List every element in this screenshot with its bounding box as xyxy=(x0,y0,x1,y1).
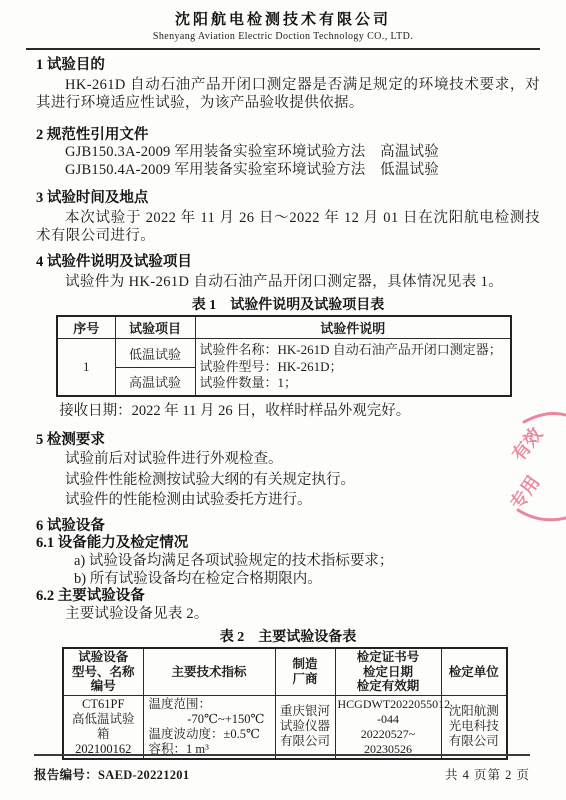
table-1-seq-cell: 1 xyxy=(57,339,115,397)
capability-item: a) 试验设备均满足各项试验规定的技术指标要求； xyxy=(36,552,540,570)
company-name-en: Shenyang Aviation Electric Doction Techn… xyxy=(0,31,566,42)
table-2-col-header: 检定证书号 检定日期 检定有效期 xyxy=(335,648,441,695)
manufacturer-cell: 重庆银河 试验仪器 有限公司 xyxy=(275,695,335,759)
requirement-line: 试验前后对试验件进行外观检查。 xyxy=(36,449,540,470)
requirement-line: 试验件性能检测按试验大纲的有关规定执行。 xyxy=(36,470,540,491)
section-4-heading: 4 试验件说明及试验项目 xyxy=(36,253,540,271)
report-body: 1 试验目的 HK-261D 自动石油产品开闭口测定器是否满足规定的环境技术要求… xyxy=(0,50,566,760)
table-1-col-header: 试验项目 xyxy=(115,316,195,339)
table-2: 试验设备 型号、名称 编号 主要技术指标 制造 厂商 检定证书号 检定日期 xyxy=(62,647,508,760)
table-1-caption: 表 1 试验件说明及试验项目表 xyxy=(36,294,540,314)
section-1-paragraph: HK-261D 自动石油产品开闭口测定器是否满足规定的环境技术要求，对其进行环境… xyxy=(36,76,540,112)
report-header: 沈阳航电检测技术有限公司 Shenyang Aviation Electric … xyxy=(0,0,566,50)
section-6-1-heading: 6.1 设备能力及检定情况 xyxy=(36,535,540,553)
table-1: 序号 试验项目 试验件说明 1 低温试验 试验件名称：HK-261D 自动石油产… xyxy=(56,315,512,397)
report-footer: 报告编号：SAED-20221201 共 4 页第 2 页 xyxy=(0,754,566,783)
table-1-col-header: 序号 xyxy=(57,316,115,339)
desc-line: 试验件名称：HK-261D 自动石油产品开闭口测定器； xyxy=(200,342,507,359)
desc-line: 试验件型号：HK-261D； xyxy=(200,359,507,376)
requirement-line: 试验件的性能检测由试验委托方进行。 xyxy=(36,490,540,511)
table-2-caption: 表 2 主要试验设备表 xyxy=(36,626,540,646)
device-cell: CT61PF 高低温试验箱 202100162 xyxy=(63,695,143,759)
section-5-heading: 5 检测要求 xyxy=(36,431,540,449)
table-row: CT61PF 高低温试验箱 202100162 温度范围： -70℃~+150℃… xyxy=(63,695,507,759)
reference-item: GJB150.4A-2009 军用装备实验室环境试验方法 低温试验 xyxy=(36,162,540,180)
capability-item: b) 所有试验设备均在检定合格期限内。 xyxy=(36,570,540,588)
section-6-2-paragraph: 主要试验设备见表 2。 xyxy=(36,606,540,624)
table-2-col-header: 试验设备 型号、名称 编号 xyxy=(63,648,143,695)
table-2-header-row: 试验设备 型号、名称 编号 主要技术指标 制造 厂商 检定证书号 检定日期 xyxy=(63,648,507,695)
table-2-col-header: 主要技术指标 xyxy=(143,648,275,695)
page-number: 共 4 页第 2 页 xyxy=(445,765,530,783)
table-2-col-header: 检定单位 xyxy=(441,648,507,695)
table-1-item-cell: 低温试验 xyxy=(115,339,195,368)
report-number: 报告编号：SAED-20221201 xyxy=(34,765,189,783)
footer-divider xyxy=(34,754,530,756)
table-1-item-cell: 高温试验 xyxy=(115,368,195,397)
reference-item: GJB150.3A-2009 军用装备实验室环境试验方法 高温试验 xyxy=(36,144,540,162)
table-row: 1 低温试验 试验件名称：HK-261D 自动石油产品开闭口测定器； 试验件型号… xyxy=(57,339,511,368)
section-6-2-heading: 6.2 主要试验设备 xyxy=(36,588,540,606)
section-4-paragraph: 试验件为 HK-261D 自动石油产品开闭口测定器，具体情况见表 1。 xyxy=(36,273,540,291)
company-name-cn: 沈阳航电检测技术有限公司 xyxy=(0,8,566,29)
table-1-header-row: 序号 试验项目 试验件说明 xyxy=(57,316,511,339)
scanned-test-report-page: 沈阳航电检测技术有限公司 Shenyang Aviation Electric … xyxy=(0,0,566,800)
section-3-paragraph: 本次试验于 2022 年 11 月 26 日～2022 年 12 月 01 日在… xyxy=(36,209,540,245)
section-3-heading: 3 试验时间及地点 xyxy=(36,189,540,207)
verifier-cell: 沈阳航测 光电科技 有限公司 xyxy=(441,695,507,759)
specs-cell: 温度范围： -70℃~+150℃ 温度波动度：±0.5℃ 容积：1 m³ xyxy=(143,695,275,759)
desc-line: 试验件数量：1； xyxy=(200,375,507,392)
table-1-col-header: 试验件说明 xyxy=(195,316,511,339)
section-1-heading: 1 试验目的 xyxy=(36,56,540,74)
section-2-heading: 2 规范性引用文件 xyxy=(36,126,540,144)
section-6-heading: 6 试验设备 xyxy=(36,517,540,535)
receipt-note: 接收日期：2022 年 11 月 26 日，收样时样品外观完好。 xyxy=(36,402,540,421)
table-1-desc-cell: 试验件名称：HK-261D 自动石油产品开闭口测定器； 试验件型号：HK-261… xyxy=(195,339,511,397)
certificate-cell: HCGDWT2022055012 -044 20220527~ 20230526 xyxy=(335,695,441,759)
table-2-col-header: 制造 厂商 xyxy=(275,648,335,695)
